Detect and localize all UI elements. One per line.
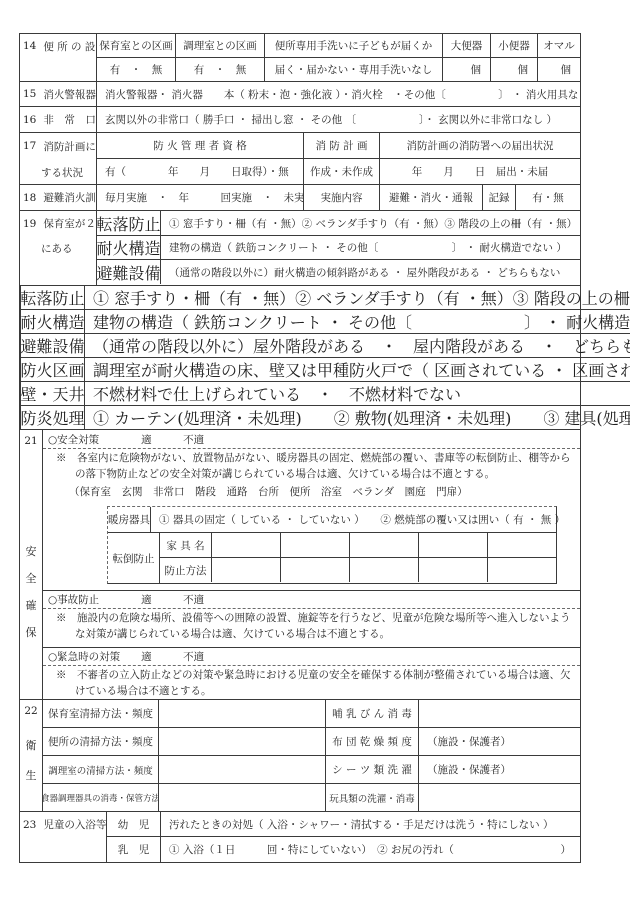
col-urinal-count: 小便器 個 [491, 34, 538, 81]
accident-prevention-note: ※ 施設内の危険な場所、設備等への囲障の設置、施錠等を行うなど、児童が危険な場所… [43, 608, 580, 642]
nursery-partition-header: 保育室との区画 [97, 34, 175, 58]
col-potty-count: オマル 個 [538, 34, 580, 81]
row22-body: 保育室清掃方法・頻度 哺 乳 び ん 消 毒 便所の清掃方法・頻度 布 団 乾 … [43, 700, 580, 811]
hygiene-row-label2: シ ー ツ 類 洗 濯 [326, 756, 419, 783]
row19-evacuation-equipment: （通常の階段以外に）耐火構造の傾斜路がある ・ 屋外階段がある ・ どちらもない [161, 260, 580, 284]
fire-plan-value: 作成・未作成 [304, 159, 379, 184]
row-22-hygiene: 22 衛 生 保育室清掃方法・頻度 哺 乳 び ん 消 毒 便所の清掃方法・頻度… [20, 700, 580, 812]
safety-measures-note: ※ 各室内に危険物がない、放置物品がない、暖房器具の固定、燃焼部の覆い、書庫等の… [43, 448, 580, 482]
fire-manager-header: 防 火 管 理 者 資 格 [97, 133, 303, 159]
heater-options: ① 器具の固定（ している ・ していない ） ② 燃焼部の覆い又は囲い（ 有 … [151, 507, 565, 532]
vertical-label-char: 衛 [20, 737, 42, 753]
row23-body: 汚れたときの対処（ 入浴・シャワー・清拭する・手足だけは洗う・特にしない ） ①… [161, 812, 580, 862]
toilet-count-unit: 個 [443, 58, 490, 82]
kitchen-partition-header: 調理室との区画 [176, 34, 264, 58]
row22-number: 22 [20, 705, 42, 717]
vertical-label-char: 全 [20, 570, 42, 586]
col-fire-plan: 消 防 計 画 作成・未作成 [304, 133, 380, 184]
row19-fireproof-structure: 建物の構造（ 鉄筋コンクリート ・ その他〔 〕 ・ 耐火構造でない ） [161, 236, 580, 259]
hygiene-row-label2: 哺 乳 び ん 消 毒 [326, 700, 419, 727]
infant-label: 乳 児 [107, 837, 160, 861]
prevention-method-input-cell [419, 558, 488, 582]
furniture-name-input-cell [281, 533, 350, 557]
handwash-header: 便所専用手洗いに子どもが届くか [265, 34, 442, 58]
col-kitchen-partition: 調理室との区画 有 ・ 無 [176, 34, 265, 81]
hygiene-row-label: 調理室の清掃方法・頻度 [43, 756, 159, 783]
row-18-evacuation-drill: 18 避難消火訓練 毎月実施 ・ 年 回実施 ・ 未実施 実施内容 避難・消火・… [20, 185, 580, 211]
hygiene-row-value2: （施設・保護者） [419, 728, 580, 755]
drill-content-header: 実施内容 [304, 185, 380, 210]
row19-sub-label: 避難設備 [97, 260, 161, 284]
drill-record-value: 有・無 [516, 185, 580, 210]
urinal-count-unit: 個 [491, 58, 537, 82]
vertical-label-char: 安 [20, 543, 42, 559]
row19-label-cell: 19 保育室が２階 にある [20, 211, 97, 285]
row-19-second-floor: 19 保育室が２階 にある 転落防止 ① 窓手すり・柵（有 ・無）② ベランダ手… [20, 211, 580, 286]
infant-bathing-options: ① 入浴（１日 回・特にしていない） ② お尻の汚れ（ [169, 842, 454, 857]
prevention-method-input-cell [488, 558, 556, 582]
hygiene-row-value-cell [159, 756, 326, 783]
row15-label: 消火警報器等 [43, 87, 97, 102]
prevention-method-input-cell [212, 558, 281, 582]
row19-fall-prevention: ① 窓手すり・柵（有 ・無）② ベランダ手すり（有 ・無）③ 階段の上の柵（有 … [161, 211, 580, 235]
infant-bathing-close-paren: ） [561, 842, 572, 857]
row19-label-line1: 保育室が２階 [43, 216, 97, 231]
row-23-bathing: 23 児童の入浴等 幼 児 乳 児 汚れたときの対処（ 入浴・シャワー・清拭する… [20, 812, 580, 862]
hygiene-row-label: 食器調理器具の消毒・保管方法 [43, 784, 159, 811]
furniture-name-input-cell [350, 533, 419, 557]
toddler-bathing-options: 汚れたときの対処（ 入浴・シャワー・清拭する・手足だけは洗う・特にしない ） [161, 812, 580, 837]
hygiene-row-value2: （施設・保護者） [419, 756, 580, 783]
row16-label-cell: 16 非 常 口 [20, 107, 97, 132]
fire-report-header: 消防計画の消防署への届出状況 [380, 133, 580, 159]
hygiene-row-value2 [419, 784, 580, 811]
tipover-prevention-label: 転倒防止 [108, 533, 160, 583]
row-16-emergency-exit: 16 非 常 口 玄関以外の非常口（ 勝手口 ・ 掃出し窓 ・ その他 〔 〕・… [20, 107, 580, 133]
urinal-header: 小便器 [491, 34, 537, 58]
potty-count-unit: 個 [538, 58, 580, 82]
row19-sub-label: 転落防止 [97, 211, 161, 235]
kitchen-partition-value: 有 ・ 無 [176, 58, 264, 82]
vertical-label-char: 保 [20, 624, 42, 640]
row20-sub-label: 転落防止 [21, 286, 85, 309]
emergency-measures-note: ※ 不審者の立入防止などの対策や緊急時における児童の安全を確保する体制が整備され… [43, 665, 580, 699]
hygiene-row-label2: 布 団 乾 燥 頻 度 [326, 728, 419, 755]
hygiene-row-value-cell [159, 700, 326, 727]
row20-flameproofing: ① カーテン(処理済・未処理) ② 敷物(処理済・未処理) ③ 建具(処理済・未… [85, 406, 630, 429]
col-fire-report: 消防計画の消防署への届出状況 年 月 日 届出・未届 [380, 133, 580, 184]
hygiene-row-label2: 玩具類の洗濯・消毒 [326, 784, 419, 811]
furniture-name-input-cell [488, 533, 556, 557]
row20-sub-label: 防炎処理 [21, 406, 85, 429]
fire-manager-value: 有（ 年 月 日取得）・無 [97, 159, 303, 184]
fire-report-value: 年 月 日 届出・未届 [380, 159, 580, 184]
row-20-third-floor: 20 保育室が３階 以上にある 転落防止 ① 窓手すり・柵（有 ・無）② ベラン… [20, 286, 580, 430]
row17-label-cell: 17 消防計画に関 する状況 [20, 133, 97, 184]
safety-rooms-list: （保育室 玄関 非常口 階段 通路 台所 便所 浴室 ベランダ 園庭 門扉） [43, 482, 580, 501]
row15-label-cell: 15 消火警報器等 [20, 82, 97, 106]
row14-label-cell: 14 便 所 の 設 備 [20, 34, 97, 81]
row15-number: 15 [23, 88, 36, 100]
vertical-label-char: 生 [20, 767, 42, 783]
row19-number: 19 [23, 218, 36, 230]
row17-number: 17 [23, 140, 36, 152]
toddler-label: 幼 児 [107, 812, 160, 837]
row20-wall-ceiling: 不燃材料で仕上げられている ・ 不燃材料でない [85, 382, 630, 405]
row17-label-line2: する状況 [20, 159, 96, 184]
row16-number: 16 [23, 114, 36, 126]
nursery-partition-value: 有 ・ 無 [97, 58, 175, 82]
row20-sub-label: 避難設備 [21, 334, 85, 357]
fire-plan-header: 消 防 計 画 [304, 133, 379, 159]
col-fire-manager: 防 火 管 理 者 資 格 有（ 年 月 日取得）・無 [97, 133, 304, 184]
furniture-name-input-cell [419, 533, 488, 557]
row-17-fire-plan: 17 消防計画に関 する状況 防 火 管 理 者 資 格 有（ 年 月 日取得）… [20, 133, 580, 185]
emergency-measures-title: ○緊急時の対策 適 不適 [43, 647, 580, 665]
hygiene-row-value2 [419, 700, 580, 727]
heater-furniture-subtable: 暖房器具 ① 器具の固定（ している ・ していない ） ② 燃焼部の覆い又は囲… [107, 506, 557, 584]
heater-label: 暖房器具 [108, 507, 151, 532]
row20-sub-label: 耐火構造 [21, 310, 85, 333]
prevention-method-label: 防止方法 [160, 558, 212, 582]
row22-number-column: 22 衛 生 [20, 700, 43, 811]
row20-body: 転落防止 ① 窓手すり・柵（有 ・無）② ベランダ手すり（有 ・無）③ 階段の上… [21, 286, 630, 429]
row23-age-column: 幼 児 乳 児 [107, 812, 161, 862]
row20-fire-compartment: 調理室が耐火構造の床、壁又は甲種防火戸で（ 区画されている ・ 区画されていない… [85, 358, 630, 381]
row23-label: 児童の入浴等 [43, 817, 106, 832]
scanned-inspection-form-page: 14 便 所 の 設 備 保育室との区画 有 ・ 無 調理室との区画 有 ・ 無… [0, 0, 630, 903]
hygiene-row-label: 保育室清掃方法・頻度 [43, 700, 159, 727]
toilet-header: 大便器 [443, 34, 490, 58]
row21-body: ○安全対策 適 不適 ※ 各室内に危険物がない、放置物品がない、暖房器具の固定、… [43, 430, 580, 699]
inspection-form-table: 14 便 所 の 設 備 保育室との区画 有 ・ 無 調理室との区画 有 ・ 無… [19, 33, 581, 863]
row21-number: 21 [20, 435, 42, 447]
drill-frequency: 毎月実施 ・ 年 回実施 ・ 未実施 [97, 185, 304, 210]
row-14-toilet-equipment: 14 便 所 の 設 備 保育室との区画 有 ・ 無 調理室との区画 有 ・ 無… [20, 34, 580, 82]
prevention-method-input-cell [281, 558, 350, 582]
row18-label-cell: 18 避難消火訓練 [20, 185, 97, 210]
row20-sub-label: 防火区画 [21, 358, 85, 381]
col-handwash-reach: 便所専用手洗いに子どもが届くか 届く・届かない・専用手洗いなし [265, 34, 443, 81]
emergency-exit-options: 玄関以外の非常口（ 勝手口 ・ 掃出し窓 ・ その他 〔 〕・ 玄関以外に非常口… [97, 107, 580, 132]
row-15-fire-alarm: 15 消火警報器等 消火警報器・ 消火器 本（ 粉末・泡・強化液 ）・消火栓 ・… [20, 82, 580, 107]
safety-measures-title: ○安全対策 適 不適 [43, 430, 580, 448]
hygiene-row-value-cell [159, 728, 326, 755]
row19-body: 転落防止 ① 窓手すり・柵（有 ・無）② ベランダ手すり（有 ・無）③ 階段の上… [97, 211, 580, 285]
potty-header: オマル [538, 34, 580, 58]
prevention-method-input-cell [350, 558, 419, 582]
row14-label: 便 所 の 設 備 [43, 39, 97, 54]
row23-label-cell: 23 児童の入浴等 [20, 812, 107, 862]
row20-evacuation-equipment: （通常の階段以外に）屋外階段がある ・ 屋内階段がある ・ どちらもない [85, 334, 630, 357]
furniture-name-label: 家 具 名 [160, 533, 212, 557]
col-toilet-count: 大便器 個 [443, 34, 491, 81]
row18-label: 避難消火訓練 [43, 190, 97, 205]
hygiene-row-value-cell [159, 784, 326, 811]
row21-number-column: 21 安 全 確 保 [20, 430, 43, 699]
col-nursery-partition: 保育室との区画 有 ・ 無 [97, 34, 176, 81]
row17-label-line1: 消防計画に関 [43, 139, 97, 154]
row14-number: 14 [23, 40, 36, 52]
accident-prevention-title: ○事故防止 適 不適 [43, 590, 580, 608]
row16-label: 非 常 口 [43, 112, 96, 127]
fire-alarm-options: 消火警報器・ 消火器 本（ 粉末・泡・強化液 ）・消火栓 ・その他〔 〕 ・ 消… [97, 82, 580, 106]
row23-number: 23 [23, 819, 36, 831]
drill-content-value: 避難・消火・通報 [380, 185, 483, 210]
row20-fall-prevention: ① 窓手すり・柵（有 ・無）② ベランダ手すり（有 ・無）③ 階段の上の柵（有 … [85, 286, 630, 309]
drill-record-header: 記録 [483, 185, 516, 210]
hygiene-row-label: 便所の清掃方法・頻度 [43, 728, 159, 755]
row19-sub-label: 耐火構造 [97, 236, 161, 259]
row19-label-line2: にある [20, 236, 96, 261]
row18-number: 18 [23, 192, 36, 204]
furniture-name-input-cell [212, 533, 281, 557]
vertical-label-char: 確 [20, 597, 42, 613]
row20-fireproof-structure: 建物の構造（ 鉄筋コンクリート ・ その他〔 〕 ・ 耐火構造でない ） [85, 310, 630, 333]
row-21-safety-assurance: 21 安 全 確 保 ○安全対策 適 不適 ※ 各室内に危険物がない、放置物品が… [20, 430, 580, 700]
row20-sub-label: 壁・天井 [21, 382, 85, 405]
handwash-value: 届く・届かない・専用手洗いなし [265, 58, 442, 82]
